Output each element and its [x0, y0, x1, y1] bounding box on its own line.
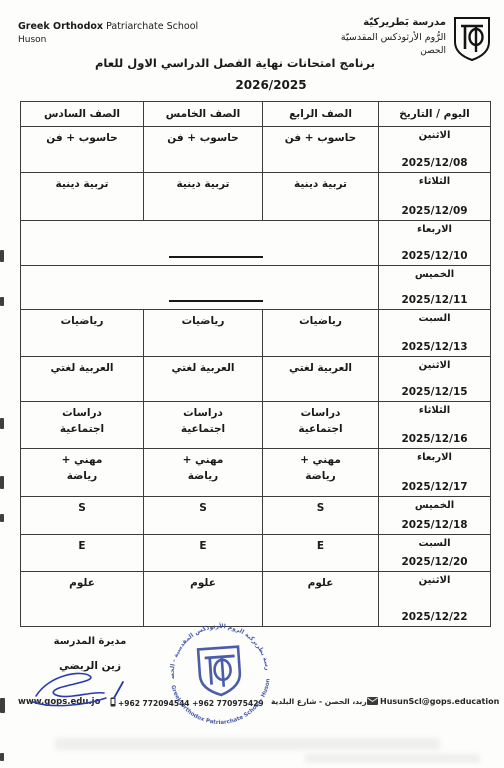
scan-artifact: [0, 297, 4, 306]
date-label: 2025/12/16: [379, 433, 490, 445]
day-label: الخميس: [379, 497, 490, 511]
academic-year: 2026/2025: [171, 78, 371, 92]
subject-cell: علوم: [21, 572, 144, 627]
subject-cell: علوم: [263, 572, 379, 627]
col-header-day-date: اليوم / التاريخ: [379, 102, 491, 127]
merged-empty-cell: [21, 221, 379, 266]
stamp-arabic-text: مدرسة بطريركية الروم الأرثوذكس المقدسية …: [154, 608, 271, 681]
exam-schedule-table: اليوم / التاريخ الصف الرابع الصف الخامس …: [20, 101, 491, 627]
date-label: 2025/12/11: [379, 294, 490, 306]
date-label: 2025/12/13: [379, 341, 490, 353]
scan-smudge: [305, 754, 480, 763]
subject-cell: رياضيات: [144, 310, 263, 357]
stamp-shield-icon: [198, 647, 241, 697]
table-row: الثلاثاء2025/12/09 تربية دينية تربية دين…: [21, 173, 491, 221]
subject-cell: تربية دينية: [144, 173, 263, 221]
table-row: الاثنين2025/12/08 حاسوب + فن حاسوب + فن …: [21, 127, 491, 173]
table-row: الاربعاء2025/12/17 مهني + رياضة مهني + ر…: [21, 449, 491, 497]
subject-cell: حاسوب + فن: [263, 127, 379, 173]
date-label: 2025/12/08: [379, 157, 490, 169]
school-name-english: Greek Orthodox Patriarchate School Huson: [18, 20, 198, 47]
address-arabic: اربد، الحصن - شارع البلدية: [271, 697, 369, 706]
school-name-arabic: مدرسة بَطريركيّة الرُّوم الأرثوذكس المقد…: [296, 15, 446, 59]
day-label: الاثنين: [379, 572, 490, 586]
day-label: السبت: [379, 310, 490, 324]
subject-cell: حاسوب + فن: [144, 127, 263, 173]
table-row: الاربعاء2025/12/10: [21, 221, 491, 266]
school-city-english: Huson: [18, 34, 198, 47]
day-date-cell: السبت2025/12/20: [379, 535, 491, 572]
day-date-cell: الخميس2025/12/11: [379, 266, 491, 310]
subject-cell: مهني + رياضة: [144, 449, 263, 497]
date-label: 2025/12/20: [379, 556, 490, 568]
subject-cell: رياضيات: [21, 310, 144, 357]
envelope-icon: [367, 697, 378, 707]
col-header-grade6: الصف السادس: [21, 102, 144, 127]
col-header-grade5: الصف الخامس: [144, 102, 263, 127]
merged-empty-cell: [21, 266, 379, 310]
day-date-cell: الاربعاء2025/12/17: [379, 449, 491, 497]
subject-cell: دراسات اجتماعية: [144, 402, 263, 449]
school-name-en-bold: Greek Orthodox: [18, 21, 103, 32]
tau-phi-shield-logo-icon: [452, 15, 492, 67]
day-date-cell: الاثنين2025/12/15: [379, 357, 491, 402]
principal-title: مديرة المدرسة: [30, 636, 150, 647]
date-label: 2025/12/10: [379, 250, 490, 262]
day-date-cell: الثلاثاء2025/12/16: [379, 402, 491, 449]
day-date-cell: الاربعاء2025/12/10: [379, 221, 491, 266]
day-label: الاثنين: [379, 357, 490, 371]
school-ar-line2: الرُّوم الأرثوذكس المقدسيّة: [296, 31, 446, 46]
email-address: HusunScl@gops.education: [367, 697, 499, 707]
day-label: السبت: [379, 535, 490, 549]
school-stamp-seal: مدرسة بطريركية الروم الأرثوذكس المقدسية …: [154, 608, 287, 744]
subject-cell: رياضيات: [263, 310, 379, 357]
day-date-cell: الثلاثاء2025/12/09: [379, 173, 491, 221]
svg-text:مدرسة بطريركية الروم الأرثوذكس: مدرسة بطريركية الروم الأرثوذكس المقدسية …: [154, 608, 271, 681]
subject-cell: العربية لغتي: [263, 357, 379, 402]
subject-cell: مهني + رياضة: [21, 449, 144, 497]
scan-artifact: [0, 418, 4, 429]
date-label: 2025/12/22: [379, 611, 490, 623]
day-label: الخميس: [379, 266, 490, 280]
subject-cell: S: [21, 497, 144, 535]
school-ar-line1: مدرسة بَطريركيّة: [296, 15, 446, 31]
subject-cell: مهني + رياضة: [263, 449, 379, 497]
subject-cell: E: [21, 535, 144, 572]
subject-cell: العربية لغتي: [144, 357, 263, 402]
date-label: 2025/12/09: [379, 205, 490, 217]
scan-artifact: [0, 250, 4, 262]
subject-cell: العربية لغتي: [21, 357, 144, 402]
school-name-en-rest: Patriarchate School: [103, 21, 198, 32]
document-page: Greek Orthodox Patriarchate School Huson…: [0, 0, 504, 768]
subject-cell: تربية دينية: [263, 173, 379, 221]
email-text: HusunScl@gops.education: [380, 697, 499, 706]
subject-cell: دراسات اجتماعية: [21, 402, 144, 449]
subject-cell: E: [144, 535, 263, 572]
scan-artifact: [0, 476, 4, 489]
scan-artifact: [0, 753, 4, 761]
table-header-row: اليوم / التاريخ الصف الرابع الصف الخامس …: [21, 102, 491, 127]
day-date-cell: الاثنين2025/12/22: [379, 572, 491, 627]
table-row: الثلاثاء2025/12/16 دراسات اجتماعية دراسا…: [21, 402, 491, 449]
scan-smudge: [55, 738, 440, 750]
day-label: الاربعاء: [379, 221, 490, 235]
table-row: السبت2025/12/13 رياضيات رياضيات رياضيات: [21, 310, 491, 357]
day-date-cell: الاثنين2025/12/08: [379, 127, 491, 173]
day-label: الثلاثاء: [379, 173, 490, 187]
subject-cell: دراسات اجتماعية: [263, 402, 379, 449]
subject-cell: E: [263, 535, 379, 572]
day-label: الاثنين: [379, 127, 490, 141]
day-date-cell: الخميس2025/12/18: [379, 497, 491, 535]
stamp-english-text: Greek Orthodox Patriarchate School - Hus…: [169, 678, 275, 730]
day-date-cell: السبت2025/12/13: [379, 310, 491, 357]
col-header-grade4: الصف الرابع: [263, 102, 379, 127]
table-row: الاثنين2025/12/15 العربية لغتي العربية ل…: [21, 357, 491, 402]
svg-text:Greek Orthodox Patriarchate Sc: Greek Orthodox Patriarchate School - Hus…: [169, 678, 275, 730]
principal-signature: [28, 668, 143, 714]
date-label: 2025/12/18: [379, 519, 490, 531]
scan-artifact: [0, 514, 4, 522]
day-label: الثلاثاء: [379, 402, 490, 416]
date-label: 2025/12/15: [379, 386, 490, 398]
table-row: الخميس2025/12/11: [21, 266, 491, 310]
table-row: الخميس2025/12/18 S S S: [21, 497, 491, 535]
date-label: 2025/12/17: [379, 481, 490, 493]
table-row: السبت2025/12/20 E E E: [21, 535, 491, 572]
subject-cell: S: [144, 497, 263, 535]
subject-cell: حاسوب + فن: [21, 127, 144, 173]
document-title: برنامج امتحانات نهاية الفصل الدراسي الاو…: [90, 56, 380, 70]
blank-dash: [169, 300, 263, 302]
subject-cell: تربية دينية: [21, 173, 144, 221]
subject-cell: S: [263, 497, 379, 535]
day-label: الاربعاء: [379, 449, 490, 463]
blank-dash: [169, 256, 263, 258]
